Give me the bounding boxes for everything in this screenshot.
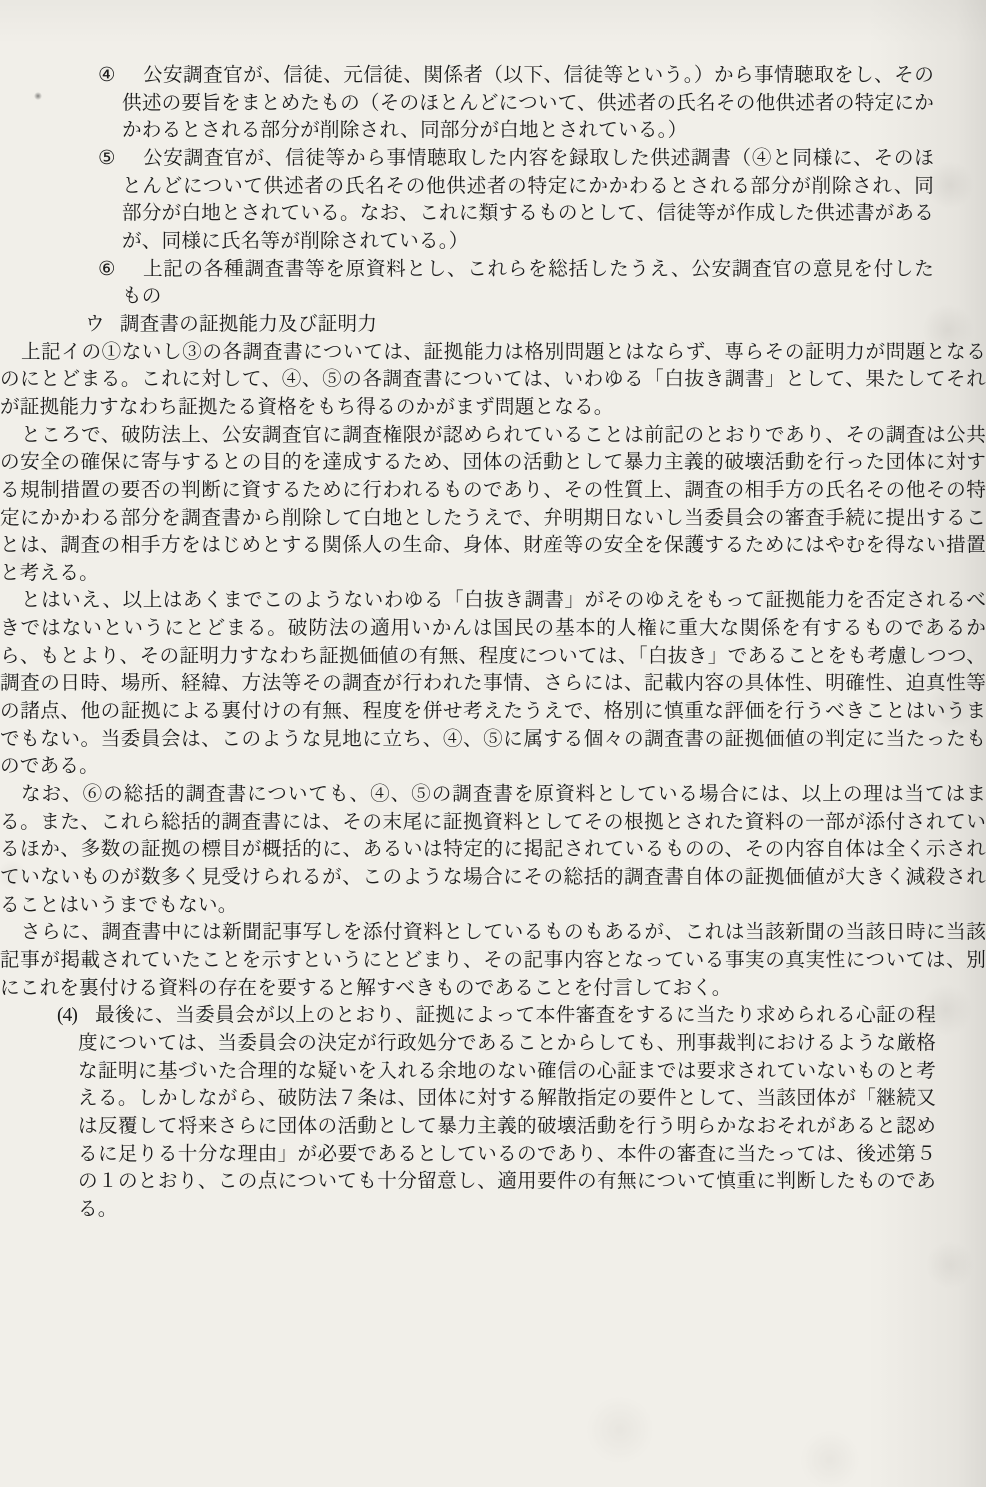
body-paragraph-5: さらに、調査書中には新聞記事写しを添付資料としているものもあるが、これは当該新聞… <box>0 919 986 1002</box>
list-item-text: 公安調査官が、信徒、元信徒、関係者（以下、信徒等という。）から事情聴取をし、その… <box>122 62 934 145</box>
scanned-document-page: ④公安調査官が、信徒、元信徒、関係者（以下、信徒等という。）から事情聴取をし、そ… <box>0 0 986 1487</box>
list-item-circled-5: ⑤公安調査官が、信徒等から事情聴取した内容を録取した供述調書（④と同様に、そのほ… <box>122 145 934 256</box>
document-text-content: ④公安調査官が、信徒、元信徒、関係者（以下、信徒等という。）から事情聴取をし、そ… <box>0 62 986 1224</box>
circled-number-4-marker: ④ <box>98 62 116 90</box>
circled-number-6-marker: ⑥ <box>98 256 116 284</box>
body-paragraph-4: なお、⑥の総括的調査書についても、④、⑤の調査書を原資料としている場合には、以上… <box>0 781 986 919</box>
body-paragraph-3: とはいえ、以上はあくまでこのようないわゆる「白抜き調書」がそのゆえをもって証拠能… <box>0 587 986 781</box>
circled-number-5-marker: ⑤ <box>98 145 116 173</box>
list-item-circled-6: ⑥上記の各種調査書等を原資料とし、これらを総括したうえ、公安調査官の意見を付した… <box>122 256 934 311</box>
list-item-text: 公安調査官が、信徒等から事情聴取した内容を録取した供述調書（④と同様に、そのほと… <box>122 145 934 256</box>
numbered-paragraph-text: 最後に、当委員会が以上のとおり、証拠によって本件審査をするに当たり求められる心証… <box>78 1002 936 1223</box>
section-marker: ウ <box>85 314 105 335</box>
paragraph-number-marker: (4) <box>57 1002 77 1030</box>
body-paragraph-2: ところで、破防法上、公安調査官に調査権限が認められていることは前記のとおりであり… <box>0 422 986 588</box>
list-item-text: 上記の各種調査書等を原資料とし、これらを総括したうえ、公安調査官の意見を付したも… <box>122 256 934 311</box>
section-title: 調査書の証拠能力及び証明力 <box>120 314 377 335</box>
numbered-paragraph-4: (4)最後に、当委員会が以上のとおり、証拠によって本件審査をするに当たり求められ… <box>78 1002 936 1223</box>
body-paragraph-1: 上記イの①ないし③の各調査書については、証拠能力は格別問題とはならず、専らその証… <box>0 339 986 422</box>
section-heading-u: ウ調査書の証拠能力及び証明力 <box>85 311 934 339</box>
list-item-circled-4: ④公安調査官が、信徒、元信徒、関係者（以下、信徒等という。）から事情聴取をし、そ… <box>122 62 934 145</box>
